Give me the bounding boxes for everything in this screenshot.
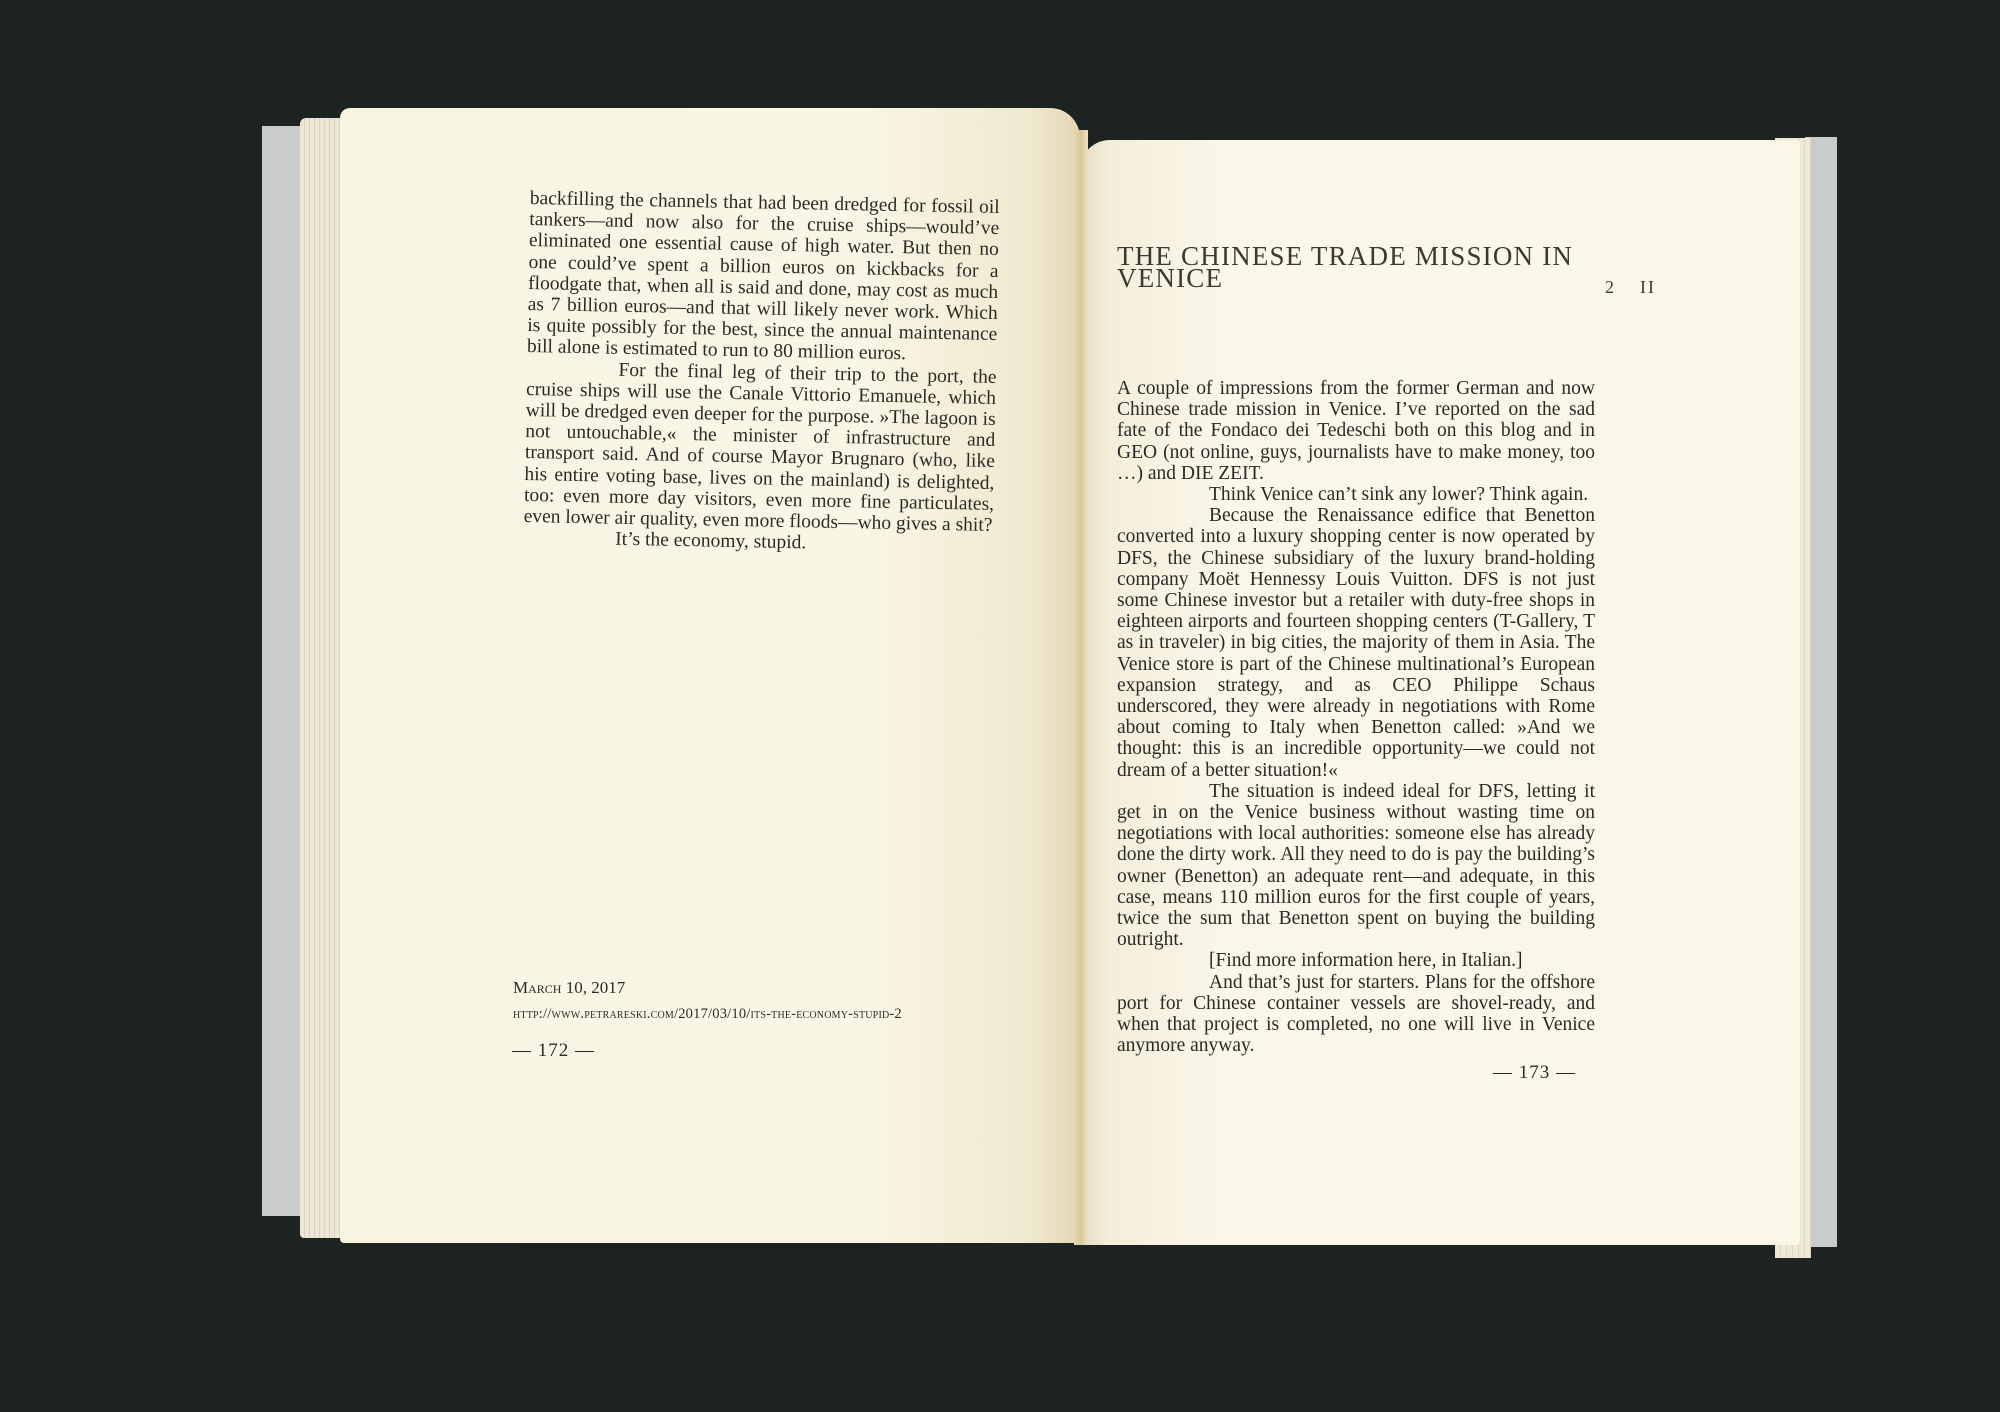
post-metadata: March 10, 2017 http://www.petrareski.com… [513,975,902,1027]
paragraph: For the final leg of their trip to the p… [523,358,996,537]
paragraph: Because the Renaissance edifice that Ben… [1117,505,1595,781]
chapter-number: 2II [1605,277,1656,298]
chapter-number-roman: II [1640,277,1656,297]
post-url: http://www.petrareski.com/2017/03/10/its… [513,1001,902,1027]
paragraph: backfilling the channels that had been d… [527,188,1000,367]
paragraph: [Find more information here, in Italian.… [1117,950,1595,971]
book-gutter [1074,130,1088,1245]
page-number-right: — 173 — [1493,1062,1576,1084]
paragraph: The situation is indeed ideal for DFS, l… [1117,781,1595,951]
paragraph: Think Venice can’t sink any lower? Think… [1117,484,1595,505]
page-number-left: — 172 — [512,1040,595,1062]
scanned-book-spread: backfilling the channels that had been d… [0,0,2000,1412]
chapter-number-arabic: 2 [1605,277,1616,297]
left-page-body: backfilling the channels that had been d… [523,188,1000,557]
post-date: March 10, 2017 [513,975,902,1001]
right-page-body: A couple of impressions from the former … [1117,378,1595,1057]
book-cover-edge-left [262,126,302,1216]
paragraph: And that’s just for starters. Plans for … [1117,972,1595,1057]
chapter-title: THE CHINESE TRADE MISSION IN VENICE [1117,245,1587,289]
paragraph: A couple of impressions from the former … [1117,378,1595,484]
